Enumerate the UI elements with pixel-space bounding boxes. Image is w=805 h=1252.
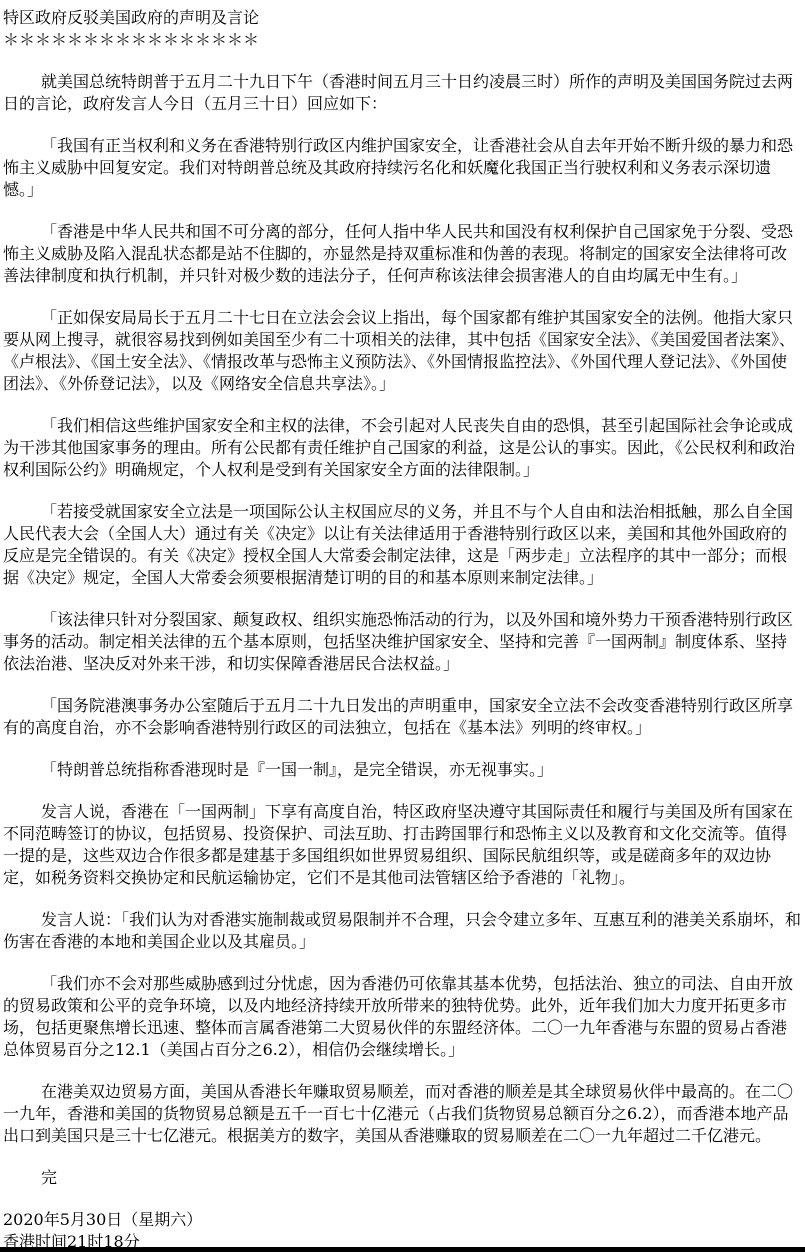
paragraph-intro: 就美国总统特朗普于五月二十九日下午（香港时间五月三十日约凌晨三时）所作的声明及美… [3,71,802,115]
release-date: 2020年5月30日（星期六） [3,1209,802,1231]
bottom-border [0,1247,805,1252]
paragraph-quote-npc-decision: 「若接受就国家安全立法是一项国际公认主权国应尽的义务，并且不与个人自由和法治相抵… [3,501,802,589]
paragraph-spokesman-sanctions: 发言人说：「我们认为对香港实施制裁或贸易限制并不合理，只会令建立多年、互惠互利的… [3,909,802,953]
paragraph-spokesman-autonomy: 发言人说，香港在「一国两制」下享有高度自治，特区政府坚决遵守其国际责任和履行与美… [3,801,802,889]
paragraph-quote-law-targets: 「该法律只针对分裂国家、颠复政权、组织实施恐怖活动的行为，以及外国和境外势力干预… [3,609,802,675]
paragraph-quote-rights: 「我国有正当权利和义务在香港特别行政区内维护国家安全，让香港社会从自去年开始不断… [3,135,802,201]
paragraph-quote-security-laws: 「正如保安局局长于五月二十七日在立法会会议上指出，每个国家都有维护其国家安全的法… [3,307,802,395]
paragraph-quote-inseparable: 「香港是中华人民共和国不可分离的部分，任何人指中华人民共和国没有权利保护自己国家… [3,221,802,287]
end-mark: 完 [3,1167,802,1189]
paragraph-trade-figures: 在港美双边贸易方面，美国从香港长年赚取贸易顺差，而对香港的顺差是其全球贸易伙伴中… [3,1081,802,1147]
document-title: 特区政府反驳美国政府的声明及言论 [3,7,802,29]
paragraph-quote-covenant: 「我们相信这些维护国家安全和主权的法律，不会引起对人民丧失自由的恐惧，甚至引起国… [3,415,802,481]
paragraph-quote-hkmao-statement: 「国务院港澳事务办公室随后于五月二十九日发出的声明重申，国家安全立法不会改变香港… [3,695,802,739]
press-release-document: 特区政府反驳美国政府的声明及言论 ＊＊＊＊＊＊＊＊＊＊＊＊＊＊＊＊ 就美国总统特… [0,0,805,1252]
paragraph-quote-advantages: 「我们亦不会对那些威胁感到过分忧虑，因为香港仍可依靠其基本优势，包括法治、独立的… [3,973,802,1061]
document-body: 特区政府反驳美国政府的声明及言论 ＊＊＊＊＊＊＊＊＊＊＊＊＊＊＊＊ 就美国总统特… [0,0,805,1252]
paragraph-quote-one-country-one-system: 「特朗普总统指称香港现时是『一国一制』，是完全错误，亦无视事实。」 [3,759,802,781]
title-separator: ＊＊＊＊＊＊＊＊＊＊＊＊＊＊＊＊ [3,29,802,51]
